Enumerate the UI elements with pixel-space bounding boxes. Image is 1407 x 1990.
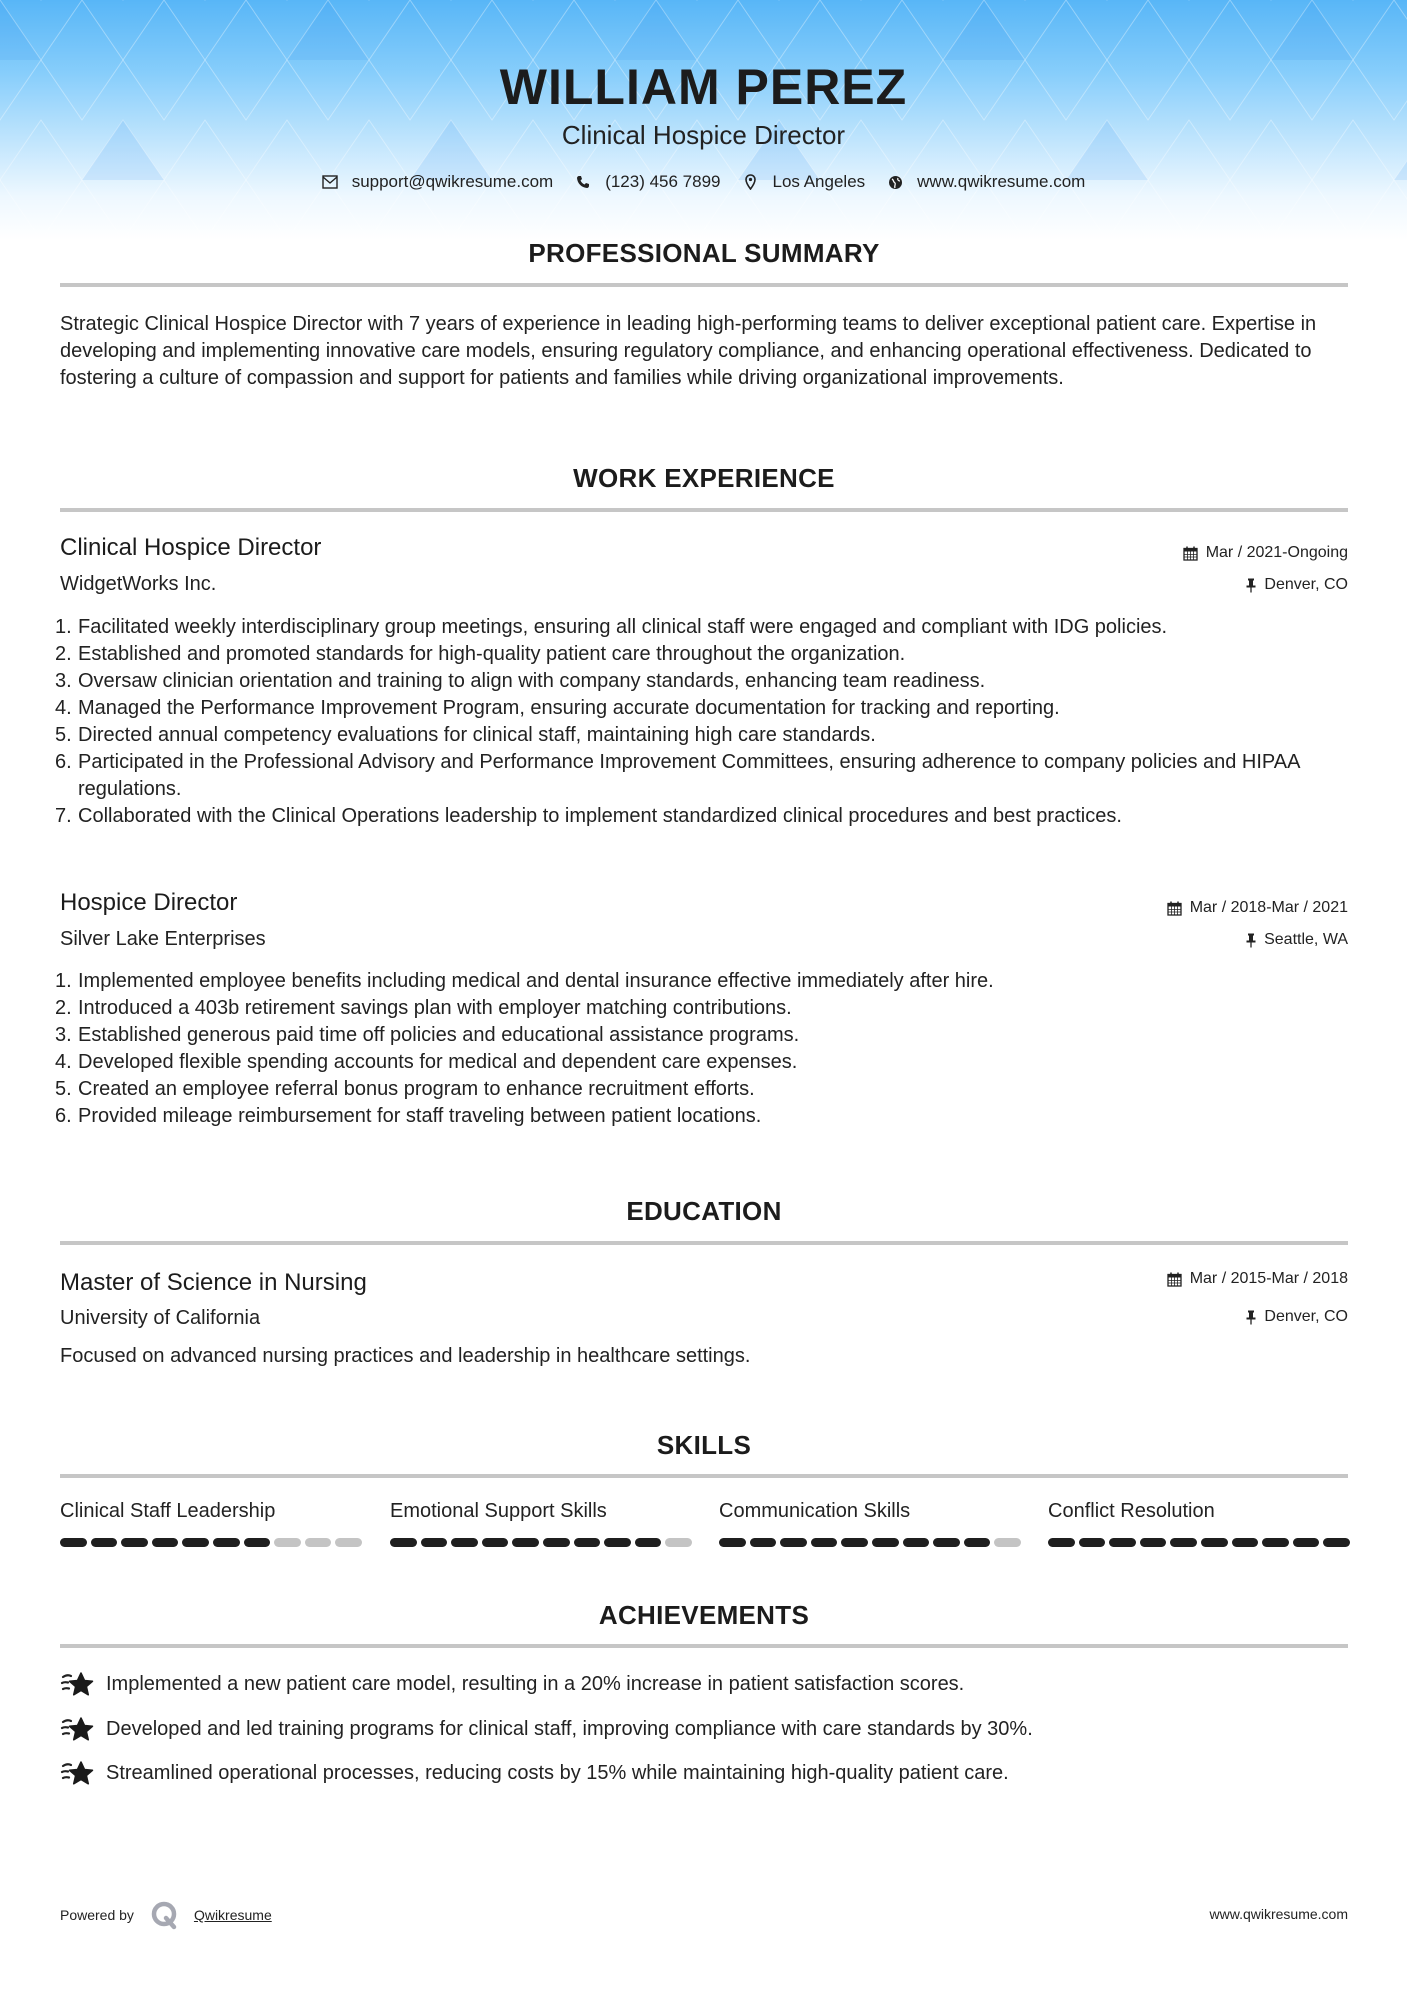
contact-email[interactable]: support@qwikresume.com (322, 172, 554, 192)
skill-level-segment (60, 1538, 87, 1547)
job-bullets: Implemented employee benefits including … (60, 968, 1350, 1130)
job-location: Seattle, WA (1246, 931, 1348, 949)
pushpin-icon (1246, 1310, 1256, 1325)
contact-location: Los Angeles (743, 172, 866, 192)
skill-level-segment (244, 1538, 271, 1547)
section-heading-experience: WORK EXPERIENCE (60, 463, 1348, 494)
calendar-icon (1167, 1272, 1182, 1287)
skill-level-segment (213, 1538, 240, 1547)
skill-level-segment (543, 1538, 570, 1547)
skill-level-bar (60, 1538, 362, 1547)
skill-name: Conflict Resolution (1048, 1500, 1350, 1530)
list-item: Provided mileage reimbursement for staff… (60, 1103, 1350, 1130)
contact-phone[interactable]: (123) 456 7899 (575, 172, 720, 192)
skill-level-segment (1262, 1538, 1289, 1547)
education-dates: Mar / 2015-Mar / 2018 (1167, 1270, 1348, 1288)
list-item: Oversaw clinician orientation and traini… (60, 668, 1350, 695)
skill-item: Clinical Staff Leadership (60, 1500, 362, 1547)
skill-item: Communication Skills (719, 1500, 1021, 1547)
job-location: Denver, CO (1246, 576, 1348, 594)
list-item: Established generous paid time off polic… (60, 1022, 1350, 1049)
skill-level-segment (1109, 1538, 1136, 1547)
section-divider (60, 1474, 1348, 1478)
pushpin-icon (1246, 578, 1256, 593)
candidate-title: Clinical Hospice Director (0, 120, 1407, 151)
job-dates: Mar / 2018-Mar / 2021 (1167, 899, 1348, 917)
list-item: Introduced a 403b retirement savings pla… (60, 995, 1350, 1022)
section-divider (60, 1241, 1348, 1245)
achievement-item: Implemented a new patient care model, re… (60, 1670, 964, 1698)
skill-level-segment (933, 1538, 960, 1547)
summary-text: Strategic Clinical Hospice Director with… (60, 311, 1350, 392)
skill-level-segment (1079, 1538, 1106, 1547)
skill-level-segment (512, 1538, 539, 1547)
skill-level-segment (604, 1538, 631, 1547)
skill-level-segment (1048, 1538, 1075, 1547)
achievement-item: Streamlined operational processes, reduc… (60, 1759, 1009, 1787)
section-heading-skills: SKILLS (60, 1430, 1348, 1461)
list-item: Created an employee referral bonus progr… (60, 1076, 1350, 1103)
list-item: Facilitated weekly interdisciplinary gro… (60, 614, 1350, 641)
skill-level-segment (665, 1538, 692, 1547)
skill-level-segment (1293, 1538, 1320, 1547)
skill-level-segment (1170, 1538, 1197, 1547)
education-description: Focused on advanced nursing practices an… (60, 1343, 1350, 1370)
skill-level-segment (335, 1538, 362, 1547)
skill-level-segment (1201, 1538, 1228, 1547)
skill-level-bar (390, 1538, 692, 1547)
contact-website[interactable]: www.qwikresume.com (887, 172, 1085, 192)
list-item: Managed the Performance Improvement Prog… (60, 695, 1350, 722)
section-heading-achievements: ACHIEVEMENTS (60, 1600, 1348, 1631)
skill-level-segment (872, 1538, 899, 1547)
company-name: WidgetWorks Inc. (60, 573, 216, 596)
skill-level-segment (574, 1538, 601, 1547)
skill-name: Clinical Staff Leadership (60, 1500, 362, 1530)
achievement-text: Streamlined operational processes, reduc… (106, 1762, 1009, 1785)
list-item: Established and promoted standards for h… (60, 641, 1350, 668)
list-item: Developed flexible spending accounts for… (60, 1049, 1350, 1076)
calendar-icon (1167, 901, 1182, 916)
shooting-star-icon (60, 1670, 94, 1698)
education-location: Denver, CO (1246, 1308, 1348, 1326)
skill-level-segment (91, 1538, 118, 1547)
section-heading-education: EDUCATION (60, 1196, 1348, 1227)
skill-level-segment (1232, 1538, 1259, 1547)
skill-level-segment (121, 1538, 148, 1547)
skill-level-segment (750, 1538, 777, 1547)
skill-level-segment (274, 1538, 301, 1547)
skill-level-segment (390, 1538, 417, 1547)
skill-name: Emotional Support Skills (390, 1500, 692, 1530)
company-name: Silver Lake Enterprises (60, 928, 266, 951)
section-divider (60, 508, 1348, 512)
skill-item: Conflict Resolution (1048, 1500, 1350, 1547)
job-dates: Mar / 2021-Ongoing (1183, 544, 1348, 562)
skill-level-segment (1323, 1538, 1350, 1547)
degree-title: Master of Science in Nursing (60, 1269, 367, 1297)
skill-level-segment (719, 1538, 746, 1547)
skill-item: Emotional Support Skills (390, 1500, 692, 1547)
skill-level-segment (994, 1538, 1021, 1547)
achievement-item: Developed and led training programs for … (60, 1715, 1033, 1743)
skill-level-segment (305, 1538, 332, 1547)
phone-icon (575, 174, 591, 190)
skill-level-segment (780, 1538, 807, 1547)
skill-level-segment (841, 1538, 868, 1547)
map-marker-icon (743, 174, 759, 190)
shooting-star-icon (60, 1759, 94, 1787)
shooting-star-icon (60, 1715, 94, 1743)
envelope-icon (322, 174, 338, 190)
skill-level-segment (421, 1538, 448, 1547)
job-bullets: Facilitated weekly interdisciplinary gro… (60, 614, 1350, 830)
list-item: Directed annual competency evaluations f… (60, 722, 1350, 749)
skill-name: Communication Skills (719, 1500, 1021, 1530)
skill-level-segment (152, 1538, 179, 1547)
skill-level-segment (451, 1538, 478, 1547)
list-item: Implemented employee benefits including … (60, 968, 1350, 995)
achievement-text: Implemented a new patient care model, re… (106, 1673, 964, 1696)
job-title: Clinical Hospice Director (60, 534, 321, 562)
skill-level-bar (719, 1538, 1021, 1547)
skill-level-segment (811, 1538, 838, 1547)
section-divider (60, 283, 1348, 287)
school-name: University of California (60, 1307, 260, 1330)
skill-level-segment (482, 1538, 509, 1547)
qwikresume-logo-icon (150, 1900, 180, 1930)
skill-level-segment (1140, 1538, 1167, 1547)
pushpin-icon (1246, 933, 1256, 948)
achievement-text: Developed and led training programs for … (106, 1718, 1033, 1741)
skill-level-segment (964, 1538, 991, 1547)
calendar-icon (1183, 546, 1198, 561)
skill-level-segment (635, 1538, 662, 1547)
job-title: Hospice Director (60, 889, 237, 917)
list-item: Collaborated with the Clinical Operation… (60, 803, 1350, 830)
skill-level-bar (1048, 1538, 1350, 1547)
footer-website-link[interactable]: www.qwikresume.com (1210, 1906, 1348, 1922)
list-item: Participated in the Professional Advisor… (60, 749, 1350, 803)
section-heading-summary: PROFESSIONAL SUMMARY (60, 238, 1348, 269)
section-divider (60, 1644, 1348, 1648)
skill-level-segment (903, 1538, 930, 1547)
contact-bar: support@qwikresume.com (123) 456 7899 Lo… (0, 172, 1407, 192)
candidate-name: WILLIAM PEREZ (0, 58, 1407, 116)
powered-by: Powered by Qwikresume (60, 1900, 272, 1930)
skill-level-segment (182, 1538, 209, 1547)
qwikresume-link[interactable]: Qwikresume (194, 1907, 272, 1923)
globe-icon (887, 174, 903, 190)
